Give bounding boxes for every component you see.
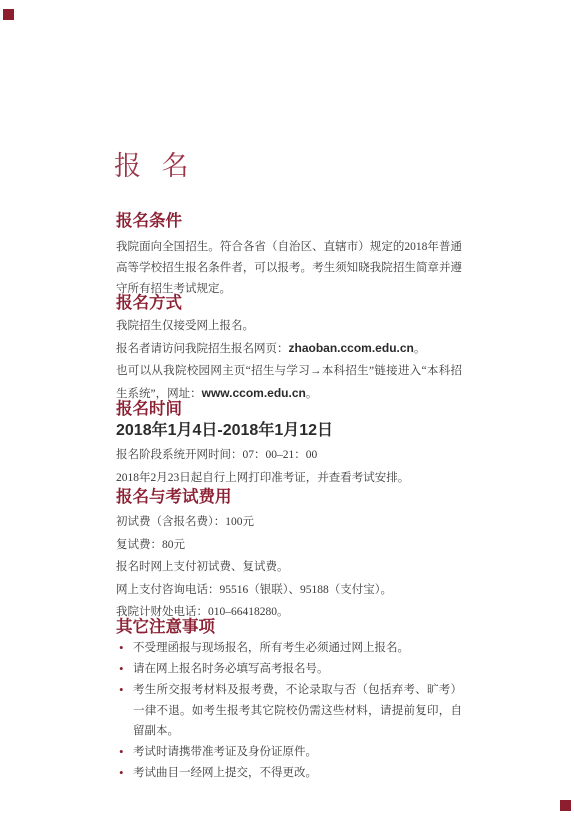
- campus-site-url: www.ccom.edu.cn: [202, 386, 306, 400]
- bullet-list: •不受理函报与现场报名，所有考生必须通过网上报名。 •请在网上报名时务必填写高考…: [116, 638, 462, 784]
- paragraph-text: 。: [306, 388, 318, 400]
- crop-mark-top-left-icon: [3, 9, 14, 20]
- bullet-text: 考生所交报考材料及报考费，不论录取与否（包括弃考、旷考）一律不退。如考生报考其它…: [133, 684, 462, 737]
- page-title: 报 名: [114, 150, 190, 184]
- body-paragraph: 我院招生仅接受网上报名。: [116, 316, 462, 338]
- document-page: 报 名 报名条件 我院面向全国招生。符合各省（自治区、直辖市）规定的2018年普…: [0, 0, 574, 822]
- bullet-item: •考试时请携带准考证及身份证原件。: [116, 742, 462, 763]
- registration-url: zhaoban.ccom.edu.cn: [289, 341, 414, 355]
- body-paragraph: 复试费：80元: [116, 534, 462, 557]
- bullet-item: •不受理函报与现场报名，所有考生必须通过网上报名。: [116, 638, 462, 659]
- section-other-notes: 其它注意事项 •不受理函报与现场报名，所有考生必须通过网上报名。 •请在网上报名…: [116, 617, 462, 784]
- bullet-dot-icon: •: [119, 763, 124, 784]
- body-paragraph: 报名者请访问我院招生报名网页：zhaoban.ccom.edu.cn。: [116, 338, 462, 361]
- bullet-text: 不受理函报与现场报名，所有考生必须通过网上报名。: [133, 642, 409, 654]
- bullet-dot-icon: •: [119, 638, 124, 659]
- crop-mark-bottom-right-icon: [560, 800, 571, 811]
- paragraph-text: 报名者请访问我院招生报名网页：: [116, 343, 289, 355]
- section-registration-time: 报名时间 2018年1月4日-2018年1月12日 报名阶段系统开网时间：07：…: [116, 399, 462, 489]
- section-heading: 报名条件: [116, 211, 462, 231]
- bullet-text: 请在网上报名时务必填写高考报名号。: [133, 663, 329, 675]
- body-paragraph: 报名时网上支付初试费、复试费。: [116, 556, 462, 579]
- bullet-item: •考生所交报考材料及报考费，不论录取与否（包括弃考、旷考）一律不退。如考生报考其…: [116, 680, 462, 742]
- paragraph-text: 。: [414, 343, 426, 355]
- body-paragraph: 初试费（含报名费）：100元: [116, 511, 462, 534]
- body-paragraph: 网上支付咨询电话：95516（银联）、95188（支付宝）。: [116, 579, 462, 602]
- section-heading: 报名与考试费用: [116, 487, 462, 507]
- body-paragraph: 我院面向全国招生。符合各省（自治区、直辖市）规定的2018年普通高等学校招生报名…: [116, 237, 462, 300]
- section-heading: 报名方式: [116, 293, 462, 313]
- bullet-text: 考试曲目一经网上提交，不得更改。: [133, 767, 317, 779]
- bullet-dot-icon: •: [119, 680, 124, 701]
- bullet-item: •请在网上报名时务必填写高考报名号。: [116, 659, 462, 680]
- bullet-text: 考试时请携带准考证及身份证原件。: [133, 746, 317, 758]
- bullet-item: •考试曲目一经网上提交，不得更改。: [116, 763, 462, 784]
- section-fees: 报名与考试费用 初试费（含报名费）：100元 复试费：80元 报名时网上支付初试…: [116, 487, 462, 624]
- section-registration-method: 报名方式 我院招生仅接受网上报名。 报名者请访问我院招生报名网页：zhaoban…: [116, 293, 462, 405]
- bullet-dot-icon: •: [119, 659, 124, 680]
- registration-date-range: 2018年1月4日-2018年1月12日: [116, 421, 462, 440]
- section-heading: 其它注意事项: [116, 617, 462, 637]
- print-ticket-notice: 2018年2月23日起自行上网打印准考证，并查看考试安排。: [116, 467, 462, 489]
- section-registration-conditions: 报名条件 我院面向全国招生。符合各省（自治区、直辖市）规定的2018年普通高等学…: [116, 211, 462, 300]
- body-paragraph: 报名阶段系统开网时间：07：00–21：00: [116, 444, 462, 466]
- bullet-dot-icon: •: [119, 742, 124, 763]
- section-heading: 报名时间: [116, 399, 462, 419]
